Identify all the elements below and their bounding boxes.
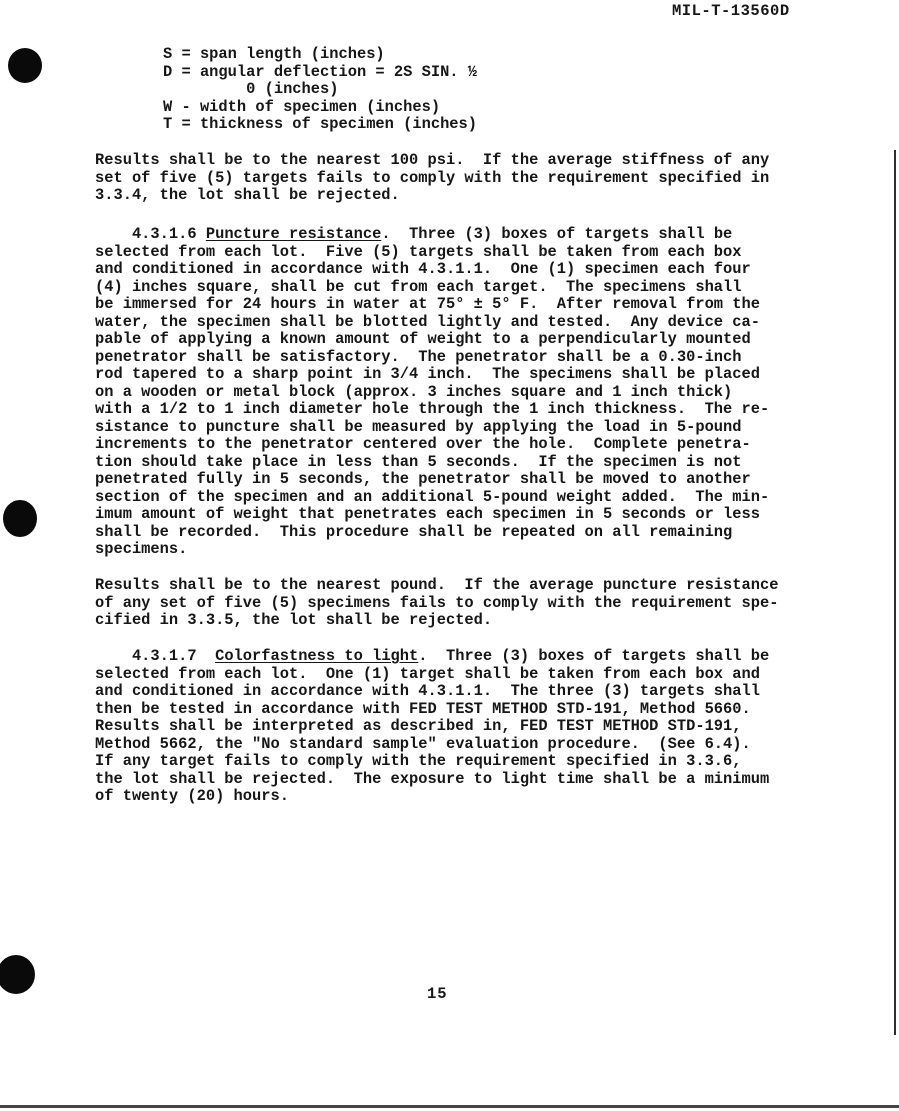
document-page: MIL-T-13560D S = span length (inches) D …	[0, 0, 899, 1111]
paragraph-stiffness-results: Results shall be to the nearest 100 psi.…	[95, 152, 769, 205]
definitions-list: S = span length (inches) D = angular def…	[163, 46, 477, 134]
hole-punch-middle-icon	[3, 500, 37, 537]
section-body-colorfastness: . Three (3) boxes of targets shall be se…	[95, 647, 769, 805]
section-title-colorfastness: Colorfastness to light	[215, 647, 418, 665]
scan-edge-right	[894, 150, 896, 1035]
section-title-puncture-resistance: Puncture resistance	[206, 225, 381, 243]
hole-punch-bottom-icon	[0, 955, 35, 994]
page-number: 15	[427, 985, 448, 1003]
section-number-4317: 4.3.1.7	[95, 647, 215, 665]
hole-punch-top-icon	[8, 48, 42, 83]
doc-number-header: MIL-T-13560D	[672, 2, 790, 20]
section-body-puncture-resistance: . Three (3) boxes of targets shall be se…	[95, 225, 769, 558]
paragraph-colorfastness: 4.3.1.7 Colorfastness to light. Three (3…	[95, 648, 769, 806]
paragraph-puncture-resistance: 4.3.1.6 Puncture resistance. Three (3) b…	[95, 226, 769, 559]
paragraph-puncture-results: Results shall be to the nearest pound. I…	[95, 577, 778, 630]
scan-edge-bottom	[0, 1105, 899, 1108]
section-number-4316: 4.3.1.6	[95, 225, 206, 243]
